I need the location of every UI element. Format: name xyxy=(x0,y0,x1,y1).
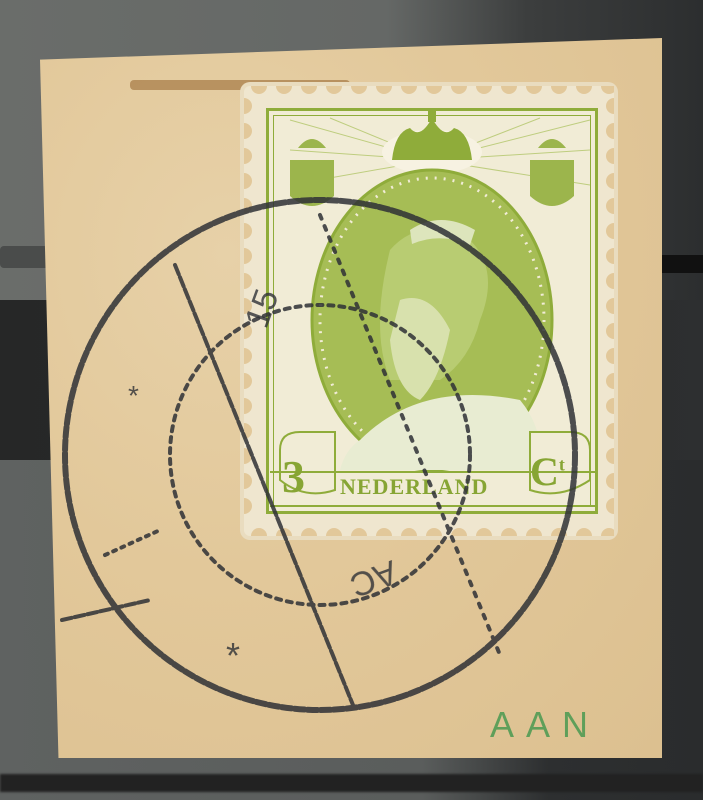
stamp-value-numeral: 3 xyxy=(282,450,305,503)
stamp-value-unit: Ct xyxy=(530,448,565,495)
stamp-value-unit-suffix: t xyxy=(559,455,565,475)
stamp-country-name: NEDERLAND xyxy=(340,474,488,500)
background-bottom-line xyxy=(0,774,703,792)
paper-printed-text: AAN xyxy=(490,704,600,746)
stamp-value-unit-letter: C xyxy=(530,449,559,494)
